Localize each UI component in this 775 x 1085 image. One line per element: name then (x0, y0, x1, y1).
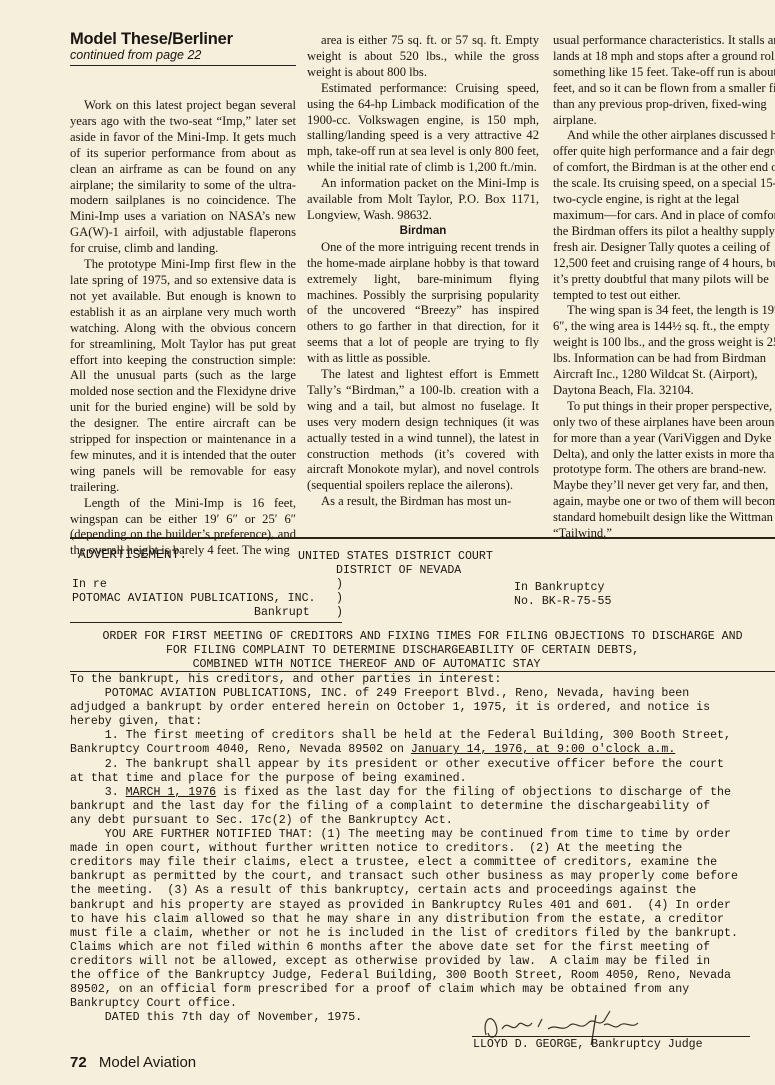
paragraph: The prototype Mini-Imp first flew in the… (70, 257, 296, 496)
paragraph: The wing span is 34 feet, the length is … (553, 303, 775, 398)
header-rule (70, 65, 296, 66)
order-body-line: creditors may file their claims, elect a… (70, 856, 775, 870)
paragraph: An information packet on the Mini-Imp is… (307, 176, 539, 224)
caption-paren: ) (336, 592, 343, 606)
paragraph: Estimated performance: Cruising speed, u… (307, 81, 539, 176)
order-body-line: 89502, on an official form prescribed fo… (70, 983, 775, 997)
order-title-line: FOR FILING COMPLAINT TO DETERMINE DISCHA… (50, 644, 755, 658)
order-body: To the bankrupt, his creditors, and othe… (70, 673, 775, 1025)
order-body-line: Claims which are not filed within 6 mont… (70, 941, 775, 955)
order-body-line: 1. The first meeting of creditors shall … (70, 729, 775, 743)
order-body-line: the office of the Bankruptcy Judge, Fede… (70, 969, 775, 983)
article-column-1: Work on this latest project began severa… (70, 98, 296, 559)
article-subtitle: continued from page 22 (70, 48, 296, 62)
signature-rule (472, 1036, 750, 1037)
paragraph: As a result, the Birdman has most un- (307, 494, 539, 510)
order-body-line: to have his claim allowed so that he may… (70, 913, 775, 927)
paragraph: The latest and lightest effort is Emmett… (307, 367, 539, 494)
article-column-3: usual performance characteristics. It st… (553, 33, 775, 542)
ad-top-rule (70, 537, 775, 539)
order-title-rule (70, 671, 775, 672)
order-body-line: at that time and place for the purpose o… (70, 772, 775, 786)
underlined-date: January 14, 1976, at 9:00 o'clock a.m. (411, 743, 675, 756)
in-re: In re (72, 578, 107, 592)
order-title-line: COMBINED WITH NOTICE THEREOF AND OF AUTO… (14, 658, 719, 672)
section-heading: Birdman (307, 224, 539, 240)
order-body-line: YOU ARE FURTHER NOTIFIED THAT: (1) The m… (70, 828, 775, 842)
order-body-line: To the bankrupt, his creditors, and othe… (70, 673, 775, 687)
page-number: 72 (70, 1054, 87, 1071)
caption-rule (70, 622, 342, 623)
paragraph: usual performance characteristics. It st… (553, 33, 775, 128)
caption-paren: ) (336, 578, 343, 592)
order-body-line: made in open court, without further writ… (70, 842, 775, 856)
paragraph: To put things in their proper perspectiv… (553, 399, 775, 542)
case-type: In Bankruptcy (514, 581, 604, 595)
bankrupt-label: Bankrupt (254, 606, 310, 620)
paragraph: And while the other airplanes discussed … (553, 128, 775, 303)
court-name: UNITED STATES DISTRICT COURT (298, 550, 493, 564)
article-column-2: area is either 75 sq. ft. or 57 sq. ft. … (307, 33, 539, 510)
order-body-line: hereby given, that: (70, 715, 775, 729)
order-body-line: bankrupt as permitted by the court, and … (70, 870, 775, 884)
order-body-line: 2. The bankrupt shall appear by its pres… (70, 758, 775, 772)
paragraph: area is either 75 sq. ft. or 57 sq. ft. … (307, 33, 539, 81)
article-header: Model These/Berliner continued from page… (70, 30, 296, 66)
paragraph: Work on this latest project began severa… (70, 98, 296, 257)
underlined-date: MARCH 1, 1976 (126, 786, 216, 799)
ad-label: ADVERTISEMENT: (78, 548, 187, 562)
article-title: Model These/Berliner (70, 30, 296, 48)
court-district: DISTRICT OF NEVADA (336, 564, 461, 578)
order-body-line: 3. MARCH 1, 1976 is fixed as the last da… (70, 786, 775, 800)
order-body-line: bankrupt and the last day for the filing… (70, 800, 775, 814)
order-body-line: adjudged a bankrupt by order entered her… (70, 701, 775, 715)
caption-paren: ) (336, 606, 343, 620)
order-body-line: any debt pursuant to Sec. 17c(2) of the … (70, 814, 775, 828)
publication-name: Model Aviation (99, 1054, 196, 1071)
paragraph: One of the more intriguing recent trends… (307, 240, 539, 367)
order-body-line: POTOMAC AVIATION PUBLICATIONS, INC. of 2… (70, 687, 775, 701)
order-body-line: creditors will not be allowed, except as… (70, 955, 775, 969)
order-body-line: bankrupt and his property are stayed as … (70, 899, 775, 913)
order-body-line: Bankruptcy Courtroom 4040, Reno, Nevada … (70, 743, 775, 757)
signer-name: LLOYD D. GEORGE, Bankruptcy Judge (473, 1038, 703, 1051)
order-body-line: the meeting. (3) As a result of this ban… (70, 884, 775, 898)
debtor-name: POTOMAC AVIATION PUBLICATIONS, INC. (72, 592, 316, 606)
order-body-line: must file a claim, whether or not he is … (70, 927, 775, 941)
page-footer: 72 Model Aviation (70, 1054, 196, 1071)
order-title-line: ORDER FOR FIRST MEETING OF CREDITORS AND… (70, 630, 775, 644)
case-number: No. BK-R-75-55 (514, 595, 611, 609)
